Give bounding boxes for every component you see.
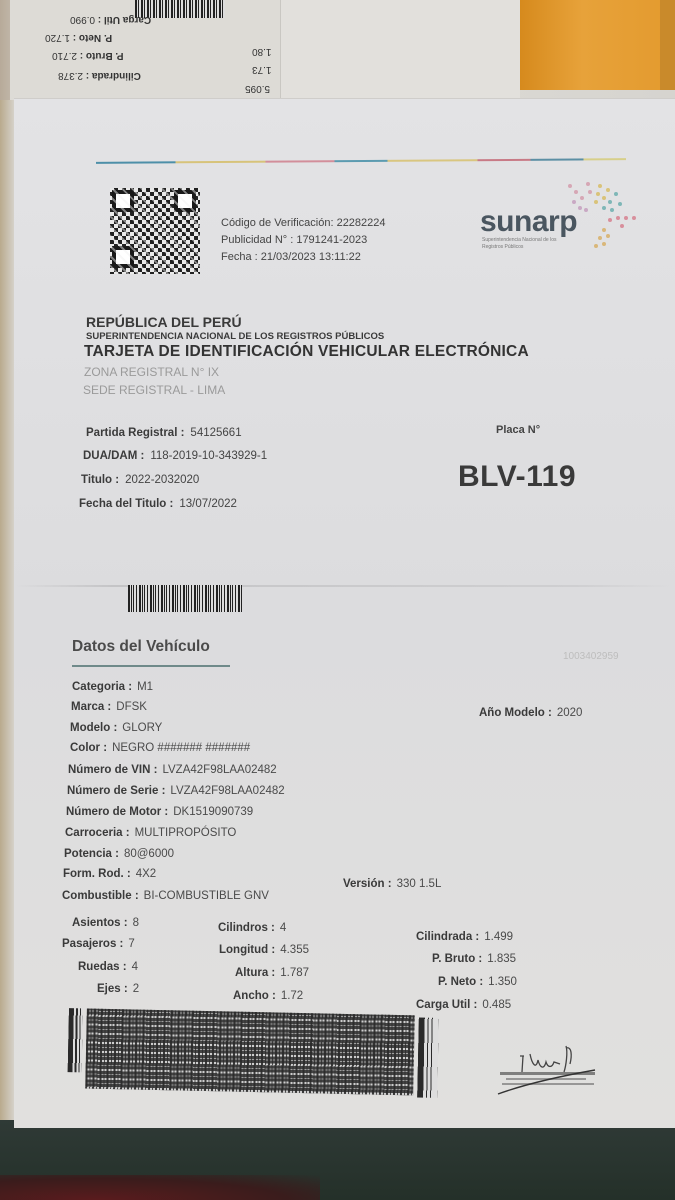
fecha-titulo: Fecha del Titulo :13/07/2022 bbox=[79, 498, 237, 510]
field-motor: Número de Motor :DK1519090739 bbox=[66, 806, 253, 818]
field-ejes: Ejes :2 bbox=[97, 983, 139, 995]
field-anio-modelo: Año Modelo :2020 bbox=[479, 707, 582, 719]
field-version: Versión :330 1.5L bbox=[343, 878, 441, 890]
underlying-line: Carga Util : 0.990 bbox=[70, 14, 151, 25]
verification-block: Código de Verificación: 22282224 Publici… bbox=[221, 215, 386, 266]
field-cilindros: Cilindros :4 bbox=[218, 922, 286, 934]
paper-fold bbox=[14, 585, 675, 587]
field-cilindrada: Cilindrada :1.499 bbox=[416, 931, 513, 943]
underlying-line: Cilindrada : 2.378 bbox=[58, 70, 141, 81]
issue-date: Fecha : 21/03/2023 13:11:22 bbox=[221, 249, 386, 266]
vehicle-section-title: Datos del Vehículo bbox=[72, 638, 210, 656]
field-form-rod: Form. Rod. :4X2 bbox=[63, 868, 156, 880]
orange-envelope-edge bbox=[660, 0, 675, 90]
field-combustible: Combustible :BI-COMBUSTIBLE GNV bbox=[62, 890, 269, 902]
field-categoria: Categoria :M1 bbox=[72, 681, 153, 693]
partida-registral: Partida Registral :54125661 bbox=[86, 427, 242, 439]
field-carga-util: Carga Util :0.485 bbox=[416, 999, 511, 1011]
small-barcode bbox=[128, 585, 242, 612]
faint-serial-number: 1003402959 bbox=[563, 651, 619, 662]
field-serie: Número de Serie :LVZA42F98LAA02482 bbox=[67, 785, 285, 797]
dua-dam: DUA/DAM :118-2019-10-343929-1 bbox=[83, 450, 267, 462]
sunarp-logo: sunarp Superintendencia Nacional de los … bbox=[480, 180, 640, 260]
red-cloth bbox=[0, 1175, 320, 1200]
underlying-value: 5.095 bbox=[245, 83, 270, 94]
underlying-document: Carga Util : 0.990 P. Neto : 1.720 P. Br… bbox=[10, 0, 280, 100]
logo-subtitle: Superintendencia Nacional de los Registr… bbox=[482, 237, 572, 251]
barcode-start-guard bbox=[68, 1008, 83, 1072]
pdf417-barcode[interactable] bbox=[67, 1008, 439, 1098]
field-ruedas: Ruedas :4 bbox=[78, 961, 138, 973]
field-potencia: Potencia :80@6000 bbox=[64, 848, 174, 860]
registrar-signature-stamp bbox=[490, 1042, 615, 1100]
logo-wordmark: sunarp bbox=[480, 205, 577, 239]
field-altura: Altura :1.787 bbox=[235, 967, 309, 979]
underlying-value: 1.73 bbox=[252, 64, 271, 75]
placa-number: BLV-119 bbox=[458, 460, 576, 494]
field-ancho: Ancho :1.72 bbox=[233, 990, 303, 1002]
field-pasajeros: Pasajeros :7 bbox=[62, 938, 135, 950]
field-longitud: Longitud :4.355 bbox=[219, 944, 309, 956]
field-marca: Marca :DFSK bbox=[71, 701, 147, 713]
registry-zone: ZONA REGISTRAL N° IX bbox=[84, 365, 219, 379]
barcode-data-area bbox=[85, 1009, 415, 1096]
left-edge-surface bbox=[0, 100, 14, 1130]
underlying-blank-sheet bbox=[280, 0, 520, 98]
section-underline bbox=[72, 665, 230, 667]
verification-code: Código de Verificación: 22282224 bbox=[221, 215, 386, 232]
field-p-neto: P. Neto :1.350 bbox=[438, 976, 517, 988]
field-modelo: Modelo :GLORY bbox=[70, 722, 162, 734]
agency-heading: SUPERINTENDENCIA NACIONAL DE LOS REGISTR… bbox=[86, 331, 384, 342]
underlying-line: P. Bruto : 2.710 bbox=[52, 50, 124, 61]
field-asientos: Asientos :8 bbox=[72, 917, 139, 929]
field-carroceria: Carroceria :MULTIPROPÓSITO bbox=[65, 827, 236, 839]
field-color: Color :NEGRO ####### ####### bbox=[70, 742, 250, 754]
underlying-value: 1.80 bbox=[252, 46, 271, 57]
field-vin: Número de VIN :LVZA42F98LAA02482 bbox=[68, 764, 277, 776]
field-p-bruto: P. Bruto :1.835 bbox=[432, 953, 516, 965]
orange-envelope bbox=[520, 0, 675, 90]
publicity-number: Publicidad N° : 1791241-2023 bbox=[221, 232, 386, 249]
country-heading: REPÚBLICA DEL PERÚ bbox=[86, 314, 242, 330]
document-title: TARJETA DE IDENTIFICACIÓN VEHICULAR ELEC… bbox=[84, 343, 529, 361]
barcode-stop-guard bbox=[417, 1017, 439, 1097]
titulo: Titulo :2022-2032020 bbox=[81, 474, 199, 486]
registry-office: SEDE REGISTRAL - LIMA bbox=[83, 383, 225, 397]
qr-code[interactable] bbox=[110, 188, 200, 274]
placa-label: Placa N° bbox=[496, 424, 540, 436]
underlying-line: P. Neto : 1.720 bbox=[45, 32, 112, 43]
